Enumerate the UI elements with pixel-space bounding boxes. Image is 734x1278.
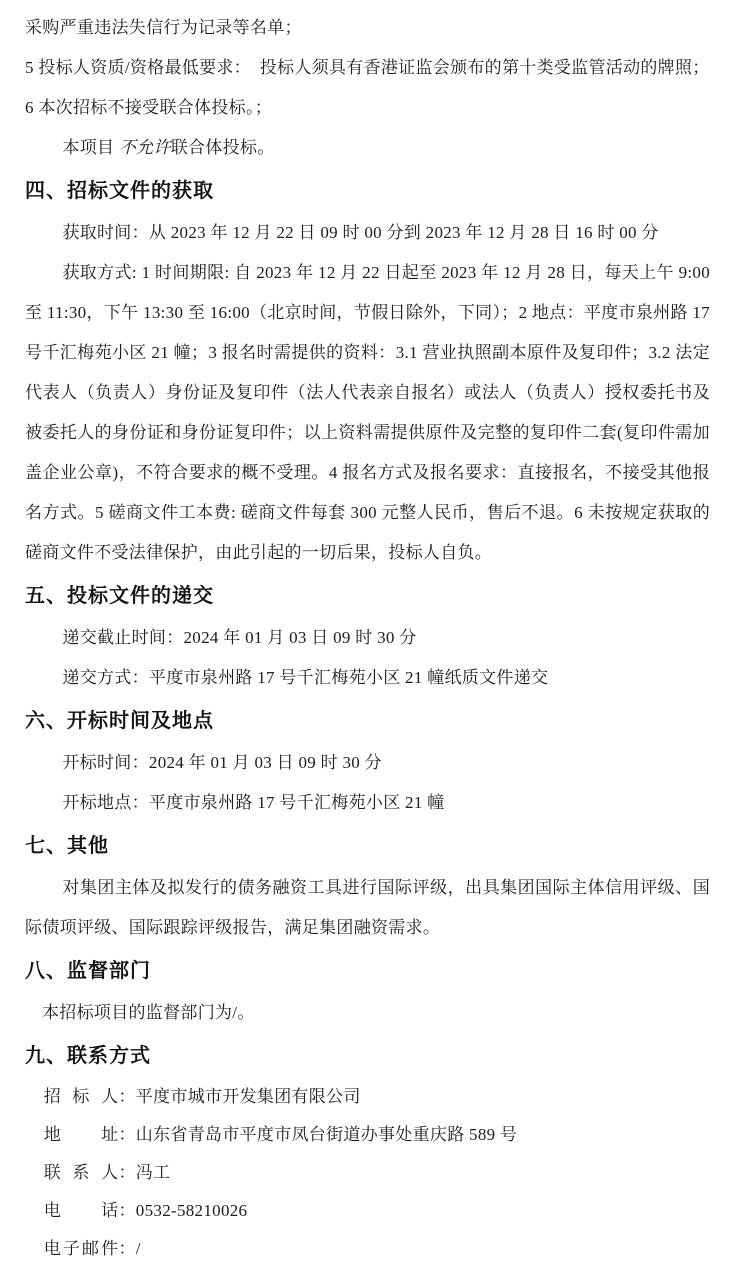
section6-open-place: 开标地点：平度市泉州路 17 号千汇梅苑小区 21 幢: [25, 783, 710, 823]
section7-heading: 七、其他: [25, 826, 710, 866]
contact-label-person: 联系人: [44, 1154, 119, 1192]
contact-label-email: 电子邮件: [44, 1230, 119, 1268]
section6-open-time: 开标时间：2024 年 01 月 03 日 09 时 30 分: [25, 743, 710, 783]
section8-heading: 八、监督部门: [25, 951, 710, 991]
section4-acquire-method: 获取方式: 1 时间期限: 自 2023 年 12 月 22 日起至 2023 …: [25, 253, 710, 573]
contact-colon: ：: [118, 1163, 135, 1182]
project-consortium-suffix: 联合体投标。: [171, 138, 275, 157]
section6-heading: 六、开标时间及地点: [25, 701, 710, 741]
intro-line-no-consortium: 6 本次招标不接受联合体投标。；: [25, 88, 710, 128]
contact-colon: ：: [118, 1201, 135, 1220]
section5-heading: 五、投标文件的递交: [25, 576, 710, 616]
contact-value-email: /: [136, 1239, 141, 1258]
section5-deadline: 递交截止时间：2024 年 01 月 03 日 09 时 30 分: [25, 618, 710, 658]
section4-heading: 四、招标文件的获取: [25, 171, 710, 211]
contact-colon: ：: [118, 1239, 135, 1258]
section9-heading: 九、联系方式: [25, 1036, 710, 1076]
section8-body: 本招标项目的监督部门为/。: [25, 993, 710, 1033]
intro-line-qualification: 5 投标人资质/资格最低要求： 投标人须具有香港证监会颁布的第十类受监管活动的牌…: [25, 48, 710, 88]
section4-acquire-time: 获取时间：从 2023 年 12 月 22 日 09 时 00 分到 2023 …: [25, 213, 710, 253]
tender-notice-page: 采购严重违法失信行为记录等名单； 5 投标人资质/资格最低要求： 投标人须具有香…: [0, 0, 734, 1278]
contact-row-email: 电子邮件：/: [25, 1230, 710, 1268]
section5-method: 递交方式：平度市泉州路 17 号千汇梅苑小区 21 幢纸质文件递交: [25, 658, 710, 698]
section7-body: 对集团主体及拟发行的债务融资工具进行国际评级，出具集团国际主体信用评级、国际债项…: [25, 868, 710, 948]
contact-row-tenderee: 招标人：平度市城市开发集团有限公司: [25, 1078, 710, 1116]
contact-label-phone: 电话: [44, 1192, 119, 1230]
contact-value-address: 山东省青岛市平度市凤台街道办事处重庆路 589 号: [136, 1125, 518, 1144]
contact-row-person: 联系人：冯工: [25, 1154, 710, 1192]
contact-value-person: 冯工: [136, 1163, 171, 1182]
contact-label-tenderee: 招标人: [44, 1078, 119, 1116]
contact-value-phone: 0532-58210026: [136, 1201, 248, 1220]
contact-colon: ：: [118, 1125, 135, 1144]
project-consortium-prefix: 本项目: [62, 138, 118, 157]
intro-line-project-consortium: 本项目 不允许联合体投标。: [25, 128, 710, 168]
contact-label-address: 地址: [44, 1116, 119, 1154]
intro-line-blacklist: 采购严重违法失信行为记录等名单；: [25, 8, 710, 48]
contact-row-phone: 电话：0532-58210026: [25, 1192, 710, 1230]
contact-value-tenderee: 平度市城市开发集团有限公司: [136, 1087, 361, 1106]
project-consortium-emphasis: 不允许: [119, 138, 171, 157]
contact-row-address: 地址：山东省青岛市平度市凤台街道办事处重庆路 589 号: [25, 1116, 710, 1154]
contact-colon: ：: [118, 1087, 135, 1106]
